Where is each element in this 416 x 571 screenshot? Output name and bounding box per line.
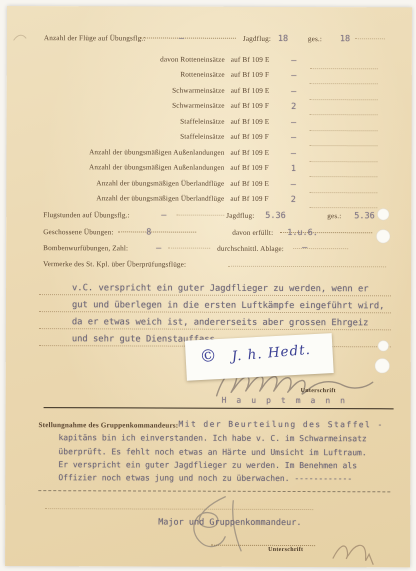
ablage-label: durchschnittl. Ablage: xyxy=(217,245,284,253)
dotted-fill xyxy=(310,58,378,69)
einsatz-value: – xyxy=(285,56,303,66)
gesamt-hours-value: 5.36 xyxy=(354,211,375,221)
aircraft-label: auf Bf 109 E xyxy=(231,87,270,95)
aircraft-label: auf Bf 109 F xyxy=(230,164,268,172)
jagdflug-label: Jagdflug: xyxy=(226,212,254,220)
aircraft-label: auf Bf 109 F xyxy=(231,71,269,79)
form-row-einsatz: Staffeleinsätze auf Bf 109 E – xyxy=(7,117,412,131)
einsatz-label: davon Rotteneinsätze xyxy=(47,55,225,64)
gesamt-label: ges.: xyxy=(327,212,341,220)
aircraft-label: auf Bf 109 E xyxy=(231,118,270,126)
bombs-value: – xyxy=(156,244,161,254)
assessment-line: gut und überlegen in die ersten Luftkämp… xyxy=(39,295,391,313)
erfuellt-value: 1.u.6. xyxy=(287,228,318,238)
dotted-fill xyxy=(310,120,378,131)
einsatz-value: – xyxy=(284,180,302,190)
pencil-mark xyxy=(327,528,381,570)
einsatz-label: Anzahl der übungsmäßigen Außenlandungen xyxy=(46,163,224,172)
einsatz-label: Schwarmeinsätze xyxy=(47,101,225,110)
assessment-line: v.C. verspricht ein guter Jagdflieger zu… xyxy=(39,278,391,296)
dotted-fill xyxy=(228,256,386,268)
form-row-einsatz: Schwarmeinsätze auf Bf 109 F 2 xyxy=(7,101,412,115)
signature-caption: Unterschrift xyxy=(301,388,336,394)
einsatz-label: Anzahl der übungsmäßigen Überlandflüge xyxy=(46,179,224,188)
aircraft-label: auf Bf 109 F xyxy=(230,195,268,203)
dotted-fill xyxy=(176,205,224,216)
form-row-einsatz: davon Rotteneinsätze auf Bf 109 E – xyxy=(7,55,412,69)
form-row-flights: Anzahl der Flüge auf Übungsflg.: – Jagdf… xyxy=(7,33,412,47)
aircraft-label: auf Bf 109 E xyxy=(230,180,269,188)
copyright-symbol: © xyxy=(198,345,218,367)
dotted-fill xyxy=(355,28,385,39)
form-row-einsatz: Rotteneinsätze auf Bf 109 F – xyxy=(7,70,412,84)
einsatz-value: 2 xyxy=(284,195,302,205)
ablage-value: – xyxy=(302,243,307,253)
dotted-fill xyxy=(309,197,377,208)
vermerke-label: Vermerke des St. Kpl. über Überprüfungsf… xyxy=(43,260,186,268)
stellungnahme-text: Mit der Beurteilung des Staffel - xyxy=(179,420,384,430)
einsatz-value: – xyxy=(285,71,303,81)
assessment-text: gut und überlegen in die ersten Luftkämp… xyxy=(72,300,385,311)
dotted-fill xyxy=(310,89,378,100)
stellungnahme-text: überprüft. Es fehlt noch etwas an Härte … xyxy=(58,447,366,457)
dotted-fill xyxy=(168,238,210,249)
dotted-fill xyxy=(309,166,377,177)
form-row-einsatz: Anzahl der übungsmäßigen Überlandflüge a… xyxy=(6,179,411,193)
punch-hole xyxy=(378,340,389,351)
punch-hole xyxy=(375,358,390,373)
einsatz-label: Anzahl der übungsmäßigen Überlandflüge xyxy=(46,194,224,203)
slip-handwriting: J. h. Hedt. xyxy=(231,342,311,365)
punch-hole xyxy=(376,229,390,243)
einsatz-value: – xyxy=(285,133,303,143)
assessment-text: v.C. verspricht ein guter Jagdflieger zu… xyxy=(72,283,369,294)
jagdflug-value: 18 xyxy=(278,34,288,44)
dotted-fill xyxy=(310,135,378,146)
dotted-fill xyxy=(309,182,377,193)
pencil-mark xyxy=(11,30,31,46)
assessment-text: da er etwas weich ist, andererseits aber… xyxy=(72,317,369,328)
einsatz-label: Anzahl der übungsmäßigen Außenlandungen xyxy=(46,148,224,157)
bombs-label: Bombenwurfübungen, Zahl: xyxy=(43,244,128,252)
aircraft-label: auf Bf 109 E xyxy=(230,149,269,157)
divider-line xyxy=(44,407,394,409)
jagdflug-label: Jagdflug: xyxy=(243,35,271,43)
form-row-einsatz: Staffeleinsätze auf Bf 109 F – xyxy=(7,132,412,146)
scanned-document-page: Anzahl der Flüge auf Übungsflg.: – Jagdf… xyxy=(5,6,412,567)
stellungnahme-text: kapitäns bin ich einverstanden. Ich habe… xyxy=(58,433,366,443)
form-row-einsatz: Anzahl der übungsmäßigen Außenlandungen … xyxy=(6,148,411,162)
einsatz-value: 2 xyxy=(285,102,303,112)
aircraft-label: auf Bf 109 E xyxy=(231,56,270,64)
einsatz-label: Staffeleinsätze xyxy=(47,117,225,126)
dotted-fill xyxy=(310,104,378,115)
einsatz-label: Staffeleinsätze xyxy=(47,132,225,141)
assessment-line: da er etwas weich ist, andererseits aber… xyxy=(39,312,391,330)
aircraft-label: auf Bf 109 F xyxy=(231,102,269,110)
dotted-fill xyxy=(140,27,236,38)
stellungnahme-text: Er verspricht ein guter Jagdflieger zu w… xyxy=(58,460,357,470)
dotted-fill xyxy=(310,73,378,84)
form-row-einsatz: Anzahl der übungsmäßigen Außenlandungen … xyxy=(6,163,411,177)
hours-uebung-value: – xyxy=(161,211,166,221)
exercises-value: 8 xyxy=(146,227,151,237)
dotted-fill xyxy=(118,221,196,232)
einsatz-label: Schwarmeinsätze xyxy=(47,86,225,95)
gesamt-value: 18 xyxy=(340,34,350,44)
aircraft-label: auf Bf 109 F xyxy=(231,133,269,141)
einsatz-value: – xyxy=(285,118,303,128)
stellungnahme-label: Stellungnahme des Gruppenkommandeurs: xyxy=(39,421,179,429)
erfuellt-label: davon erfüllt: xyxy=(232,229,273,237)
commander-title-typed: Major und Gruppenkommandeur. xyxy=(158,518,301,529)
flights-uebung-value: – xyxy=(179,34,184,44)
gesamt-label: ges.: xyxy=(308,35,322,43)
form-row-remarks: Vermerke des St. Kpl. über Überprüfungsf… xyxy=(6,259,411,273)
einsatz-label: Rotteneinsätze xyxy=(47,70,225,79)
hours-label: Flugstunden auf Übungsflg.: xyxy=(43,211,130,219)
punch-hole xyxy=(377,208,389,220)
jagdflug-hours-value: 5.36 xyxy=(265,211,286,221)
dotted-fill xyxy=(211,535,315,546)
einsatz-value: – xyxy=(285,87,303,97)
einsatz-value: – xyxy=(284,149,302,159)
exercises-label: Geschossene Übungen: xyxy=(43,228,113,236)
form-row-einsatz: Schwarmeinsätze auf Bf 109 E – xyxy=(7,86,412,100)
paper-slip: © J. h. Hedt. xyxy=(185,333,334,381)
signature-caption-bottom: Unterschrift xyxy=(268,547,303,553)
einsatz-value: 1 xyxy=(284,164,302,174)
flights-label: Anzahl der Flüge auf Übungsflg.: xyxy=(44,34,146,42)
rank-typed: Hauptmann xyxy=(222,396,355,405)
dotted-fill xyxy=(309,151,377,162)
stellungnahme-text: Offizier noch etwas jung und noch zu übe… xyxy=(58,473,352,483)
